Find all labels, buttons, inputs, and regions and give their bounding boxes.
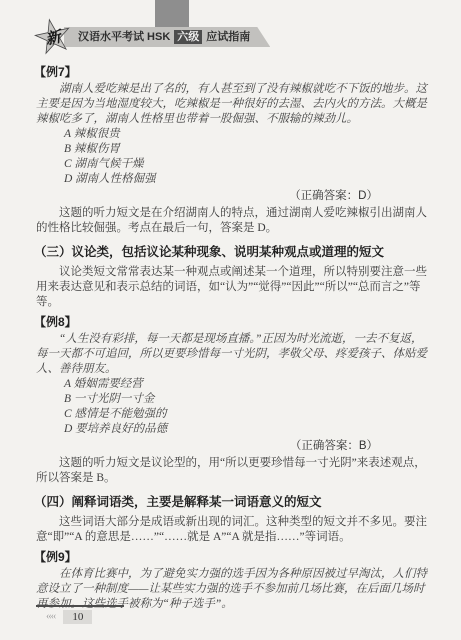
level-badge: 六级 [174,30,202,44]
book-title-part1: 汉语水平考试 HSK [78,30,170,45]
book-page: 新 汉语水平考试 HSK 六级 应试指南 【例7】 湖南人爱吃辣是出了名的，有人… [0,0,461,640]
book-title-part2: 应试指南 [206,30,250,45]
example7-option-a: A 辣椒很贵 [36,127,433,142]
book-header: 新 汉语水平考试 HSK 六级 应试指南 [34,18,270,56]
example7-passage: 湖南人爱吃辣是出了名的，有人甚至到了没有辣椒就吃不下饭的地步。这主要是因为当地湿… [36,82,433,127]
example7-answer: （正确答案：D） [36,189,433,204]
example8-option-a: A 婚姻需要经营 [36,377,433,392]
example7-option-c: C 湖南气候干燥 [36,157,433,172]
star-label: 新 [30,14,75,59]
example8-answer: （正确答案：B） [36,439,433,454]
example8-option-c: C 感情是不能勉强的 [36,407,433,422]
example9-label: 【例9】 [34,550,433,565]
page-content: 【例7】 湖南人爱吃辣是出了名的，有人甚至到了没有辣椒就吃不下饭的地步。这主要是… [36,60,433,612]
section4-heading: （四）阐释词语类，主要是解释某一词语意义的短文 [34,495,433,510]
example8-option-b: B 一寸光阴一寸金 [36,392,433,407]
example7-option-d: D 湖南人性格倔强 [36,172,433,187]
example8-passage: “人生没有彩排，每一天都是现场直播。”正因为时光流逝，一去不复返，每一天都不可追… [36,332,433,377]
example7-option-b: B 辣椒伤胃 [36,142,433,157]
section4-body: 这些词语大部分是成语或新出现的词汇。这种类型的短文并不多见。要注意“即”“A 的… [36,515,433,545]
page-number: 10 [63,610,92,624]
section3-heading: （三）议论类，包括议论某种现象、说明某种观点或道理的短文 [34,245,433,260]
example8-explanation: 这题的听力短文是议论型的，用“所以更要珍惜每一寸光阴”来表述观点，所以答案是 B… [36,456,433,486]
new-star-icon: 新 [30,14,75,59]
section3-body: 议论类短文常常表达某一种观点或阐述某一个道理，所以特别要注意一些用来表达意见和表… [36,265,433,310]
page-footer: ‹‹‹‹ 10 [36,605,124,624]
example8-option-d: D 要培养良好的品德 [36,422,433,437]
book-title-banner: 汉语水平考试 HSK 六级 应试指南 [64,27,270,47]
example7-explanation: 这题的听力短文是在介绍湖南人的特点，通过湖南人爱吃辣椒引出湖南人的性格比较倔强。… [36,206,433,236]
example8-label: 【例8】 [34,315,433,330]
example7-label: 【例7】 [34,65,433,80]
footer-chevrons-icon: ‹‹‹‹ [36,609,63,624]
